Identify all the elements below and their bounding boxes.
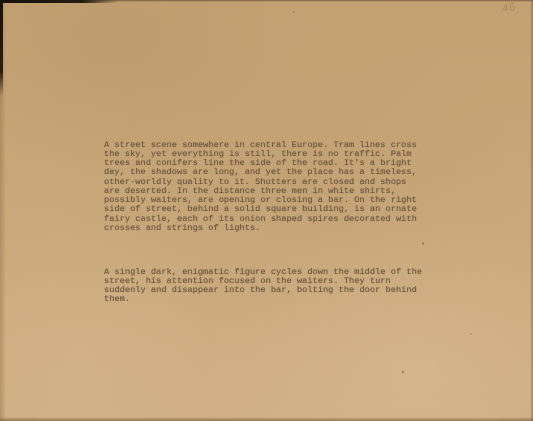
paper-speck <box>293 11 295 13</box>
scanned-page: 46 A street scene somewhere in central E… <box>0 0 533 421</box>
scan-edge-left-corner <box>0 0 3 96</box>
typewritten-text: A street scene somewhere in central Euro… <box>104 122 434 339</box>
paper-speck <box>470 333 472 335</box>
scan-edge-bottom <box>0 417 533 421</box>
paper-speck <box>422 242 424 245</box>
pencil-annotation: 46 <box>501 1 517 15</box>
paper-speck <box>402 371 404 373</box>
paragraph-cyclist: A single dark, enigmatic figure cycles d… <box>104 268 434 305</box>
paragraph-street-scene: A street scene somewhere in central Euro… <box>104 141 434 234</box>
scan-edge-top-corner <box>0 0 118 3</box>
